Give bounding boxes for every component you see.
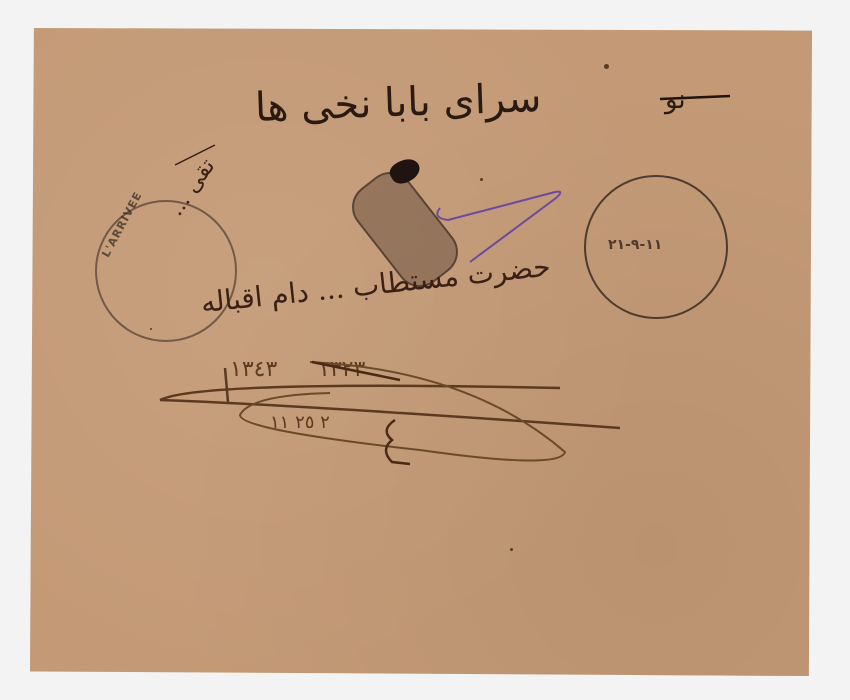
postmark-right: ١١-٩-٢١: [584, 175, 728, 319]
paper-speck: [510, 548, 513, 551]
corner-word: نو: [665, 85, 686, 115]
paper-speck: [604, 64, 609, 69]
number-bottom: ٢ ٢٥ ١١: [270, 412, 330, 433]
postmark-right-date: ١١-٩-٢١: [608, 237, 662, 253]
number-top: ١٣٤٣: [230, 357, 277, 382]
postmark-left: L'ARRIVEE: [95, 200, 237, 342]
paper-speck: [480, 178, 483, 181]
number-struck: ١٣٢٣: [318, 357, 365, 382]
